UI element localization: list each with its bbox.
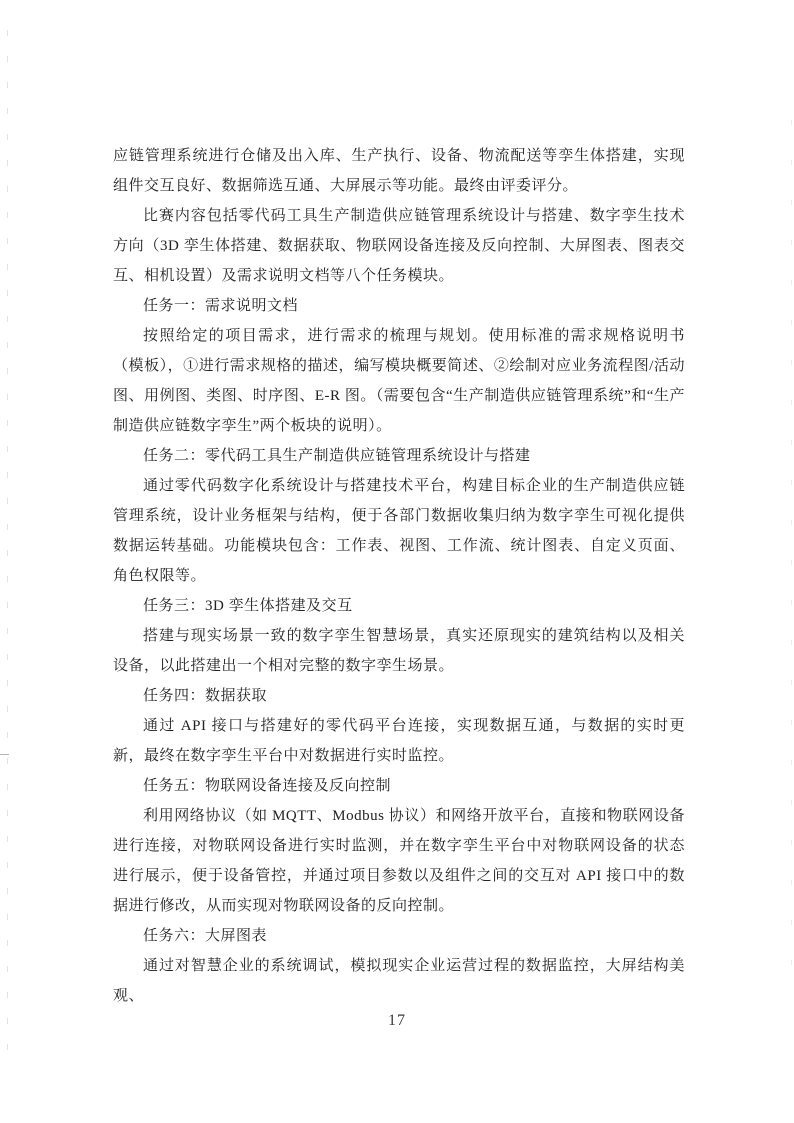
heading-task-3: 任务三：3D 孪生体搭建及交互: [113, 591, 685, 621]
paragraph-task-4: 通过 API 接口与搭建好的零代码平台连接，实现数据互通，与数据的实时更新，最终…: [113, 711, 685, 771]
heading-task-2: 任务二：零代码工具生产制造供应链管理系统设计与搭建: [113, 441, 685, 471]
heading-task-4: 任务四：数据获取: [113, 681, 685, 711]
document-page: 应链管理系统进行仓储及出入库、生产执行、设备、物流配送等孪生体搭建，实现组件交互…: [0, 0, 794, 1123]
paragraph-task-3: 搭建与现实场景一致的数字孪生智慧场景，真实还原现实的建筑结构以及相关设备，以此搭…: [113, 621, 685, 681]
paragraph-continuation: 应链管理系统进行仓储及出入库、生产执行、设备、物流配送等孪生体搭建，实现组件交互…: [113, 141, 685, 201]
document-body: 应链管理系统进行仓储及出入库、生产执行、设备、物流配送等孪生体搭建，实现组件交互…: [113, 141, 685, 1011]
heading-task-5: 任务五：物联网设备连接及反向控制: [113, 771, 685, 801]
page-number: 17: [0, 1012, 794, 1030]
scan-edge-artifact-left: [7, 30, 8, 1050]
heading-task-1: 任务一：需求说明文档: [113, 291, 685, 321]
paragraph-task-6: 通过对智慧企业的系统调试，模拟现实企业运营过程的数据监控，大屏结构美观、: [113, 951, 685, 1011]
scan-tick-mark: [0, 754, 9, 755]
paragraph-overview: 比赛内容包括零代码工具生产制造供应链管理系统设计与搭建、数字孪生技术方向（3D …: [113, 201, 685, 291]
heading-task-6: 任务六：大屏图表: [113, 921, 685, 951]
paragraph-task-1: 按照给定的项目需求，进行需求的梳理与规划。使用标准的需求规格说明书（模板），①进…: [113, 321, 685, 441]
paragraph-task-5: 利用网络协议（如 MQTT、Modbus 协议）和网络开放平台，直接和物联网设备…: [113, 801, 685, 921]
scan-edge-artifact-right: [791, 120, 792, 980]
paragraph-task-2: 通过零代码数字化系统设计与搭建技术平台，构建目标企业的生产制造供应链管理系统，设…: [113, 471, 685, 591]
